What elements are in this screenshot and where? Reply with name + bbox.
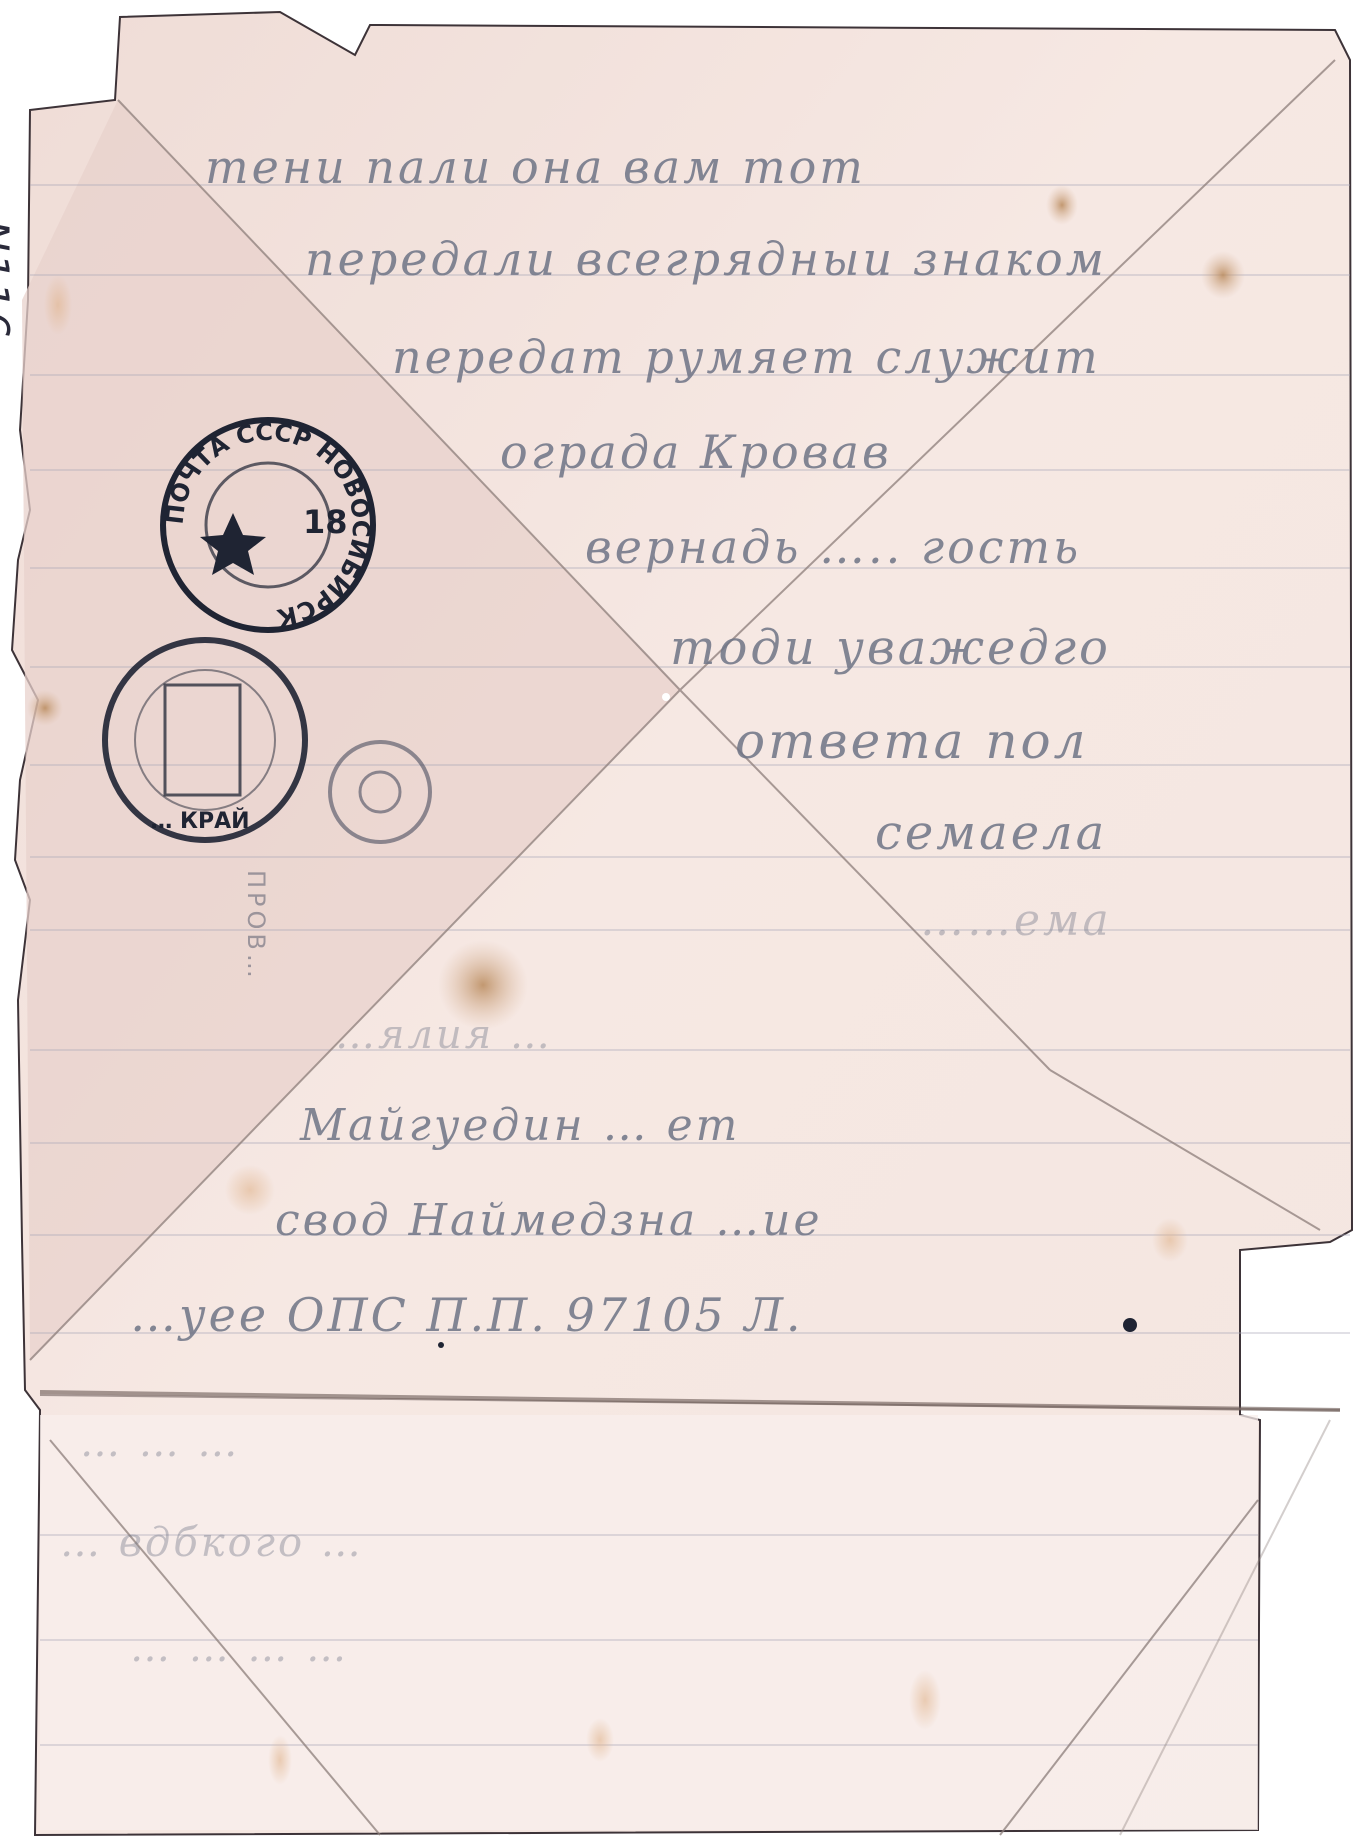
handwriting-line: тени пали она вам тот: [205, 140, 866, 194]
handwriting-line: передали всегрядныи знаком: [305, 232, 1107, 286]
handwriting-line: тоди уважедго: [670, 620, 1111, 676]
lower-flap: [40, 1415, 1258, 1830]
ink-dot: [438, 1342, 444, 1348]
handwriting-line: ответа пол: [735, 712, 1088, 770]
handwriting-line: …ялия …: [335, 1012, 553, 1058]
handwriting-line: …уее ОПС П.П. 97105 Л.: [130, 1288, 803, 1342]
handwriting-line-lower: … … …: [80, 1420, 240, 1466]
ink-dot: [1123, 1318, 1137, 1332]
handwriting-line: вернадь ….. гость: [585, 520, 1081, 574]
postmark-krai-text: … КРАЙ: [150, 808, 249, 834]
handwriting-line: свод Наймедзна …ие: [275, 1195, 823, 1246]
handwriting-line-lower: … … … …: [130, 1625, 349, 1671]
postmark-date: 18: [303, 503, 348, 541]
handwriting-line: ограда Кровав: [500, 425, 892, 479]
handwriting-line: передат румяет служит: [392, 330, 1101, 384]
letter-sheet: ПОЧТА СССР НОВОСИБИРСК 18 … КРАЙ N116 ПР…: [0, 0, 1368, 1847]
margin-number: N116: [0, 220, 18, 340]
vertical-stamp-text: ПРОВ…: [242, 870, 270, 982]
handwriting-line: Майгуедин … ет: [300, 1100, 740, 1151]
handwriting-line: ……ема: [920, 895, 1112, 946]
handwriting-line: семаела: [875, 805, 1107, 861]
pin-hole: [662, 693, 670, 701]
handwriting-line-lower: … вдбкого …: [60, 1520, 364, 1566]
